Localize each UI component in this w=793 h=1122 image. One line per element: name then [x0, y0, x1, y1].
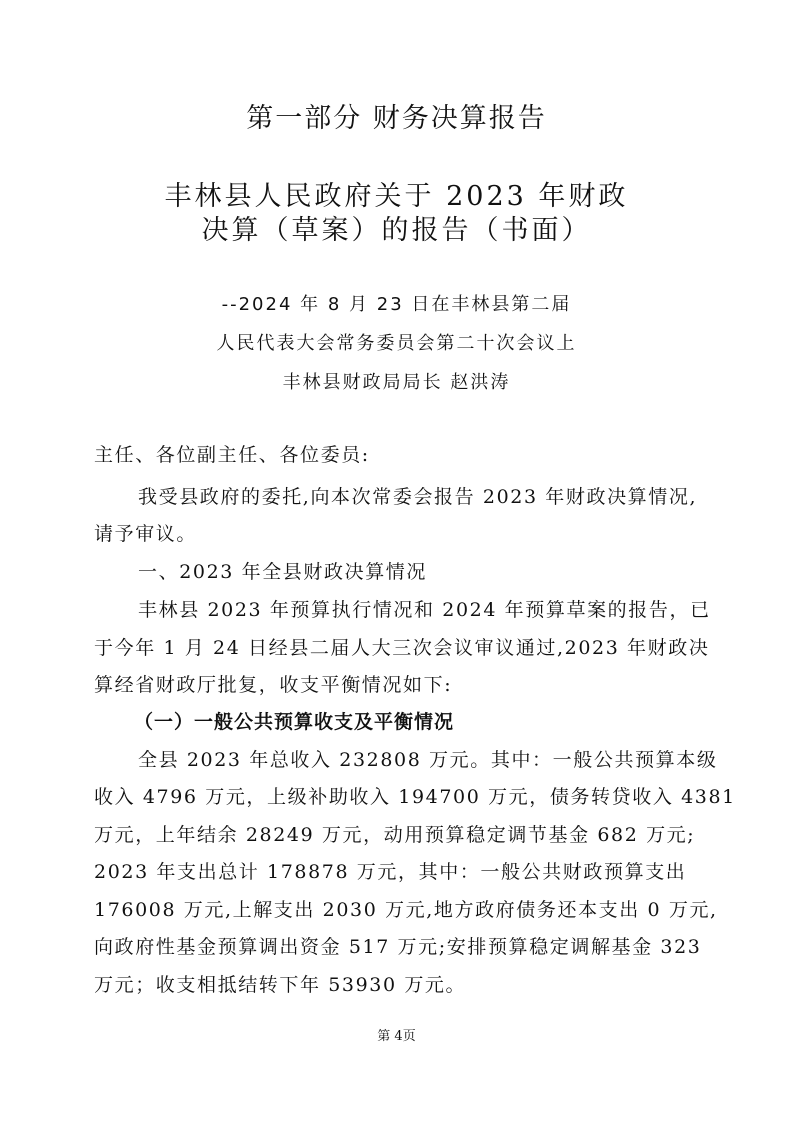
page-number: 第 4页	[0, 1025, 793, 1044]
body-paragraph-line: 收入 4796 万元，上级补助收入 194700 万元，债务转贷收入 4381	[94, 782, 704, 809]
body-paragraph-line: 2023 年支出总计 178878 万元，其中：一般公共财政预算支出	[94, 857, 704, 884]
body-paragraph-line: 丰林县 2023 年预算执行情况和 2024 年预算草案的报告，已	[138, 595, 748, 622]
body-paragraph-line: 万元，上年结余 28249 万元，动用预算稳定调节基金 682 万元;	[94, 820, 704, 847]
subtitle-meeting-line: 人民代表大会常务委员会第二十次会议上	[0, 329, 793, 355]
body-paragraph-line: 于今年 1 月 24 日经县二届人大三次会议审议通过,2023 年财政决	[94, 633, 704, 660]
subtitle-date-line: --2024 年 8 月 23 日在丰林县第二届	[0, 290, 793, 316]
part-title: 第一部分 财务决算报告	[0, 96, 793, 135]
subsection-heading: （一）一般公共预算收支及平衡情况	[134, 707, 744, 734]
body-paragraph-line: 算经省财政厅批复，收支平衡情况如下:	[94, 670, 704, 697]
body-paragraph-line: 176008 万元,上解支出 2030 万元,地方政府债务还本支出 0 万元,	[94, 895, 704, 922]
body-paragraph-line: 万元；收支相抵结转下年 53930 万元。	[94, 970, 704, 997]
body-paragraph-line: 请予审议。	[94, 519, 704, 546]
subtitle-speaker-line: 丰林县财政局局长 赵洪涛	[0, 368, 793, 394]
salutation: 主任、各位副主任、各位委员:	[94, 440, 704, 467]
section-heading: 一、2023 年全县财政决算情况	[138, 557, 748, 584]
body-paragraph-line: 全县 2023 年总收入 232808 万元。其中：一般公共预算本级	[138, 745, 748, 772]
document-page: 第一部分 财务决算报告 丰林县人民政府关于 2023 年财政 决算（草案）的报告…	[0, 0, 793, 1122]
body-paragraph-line: 向政府性基金预算调出资金 517 万元;安排预算稳定调解基金 323	[94, 932, 704, 959]
body-paragraph-line: 我受县政府的委托,向本次常委会报告 2023 年财政决算情况,	[138, 482, 748, 509]
report-title-line-2: 决算（草案）的报告（书面）	[0, 208, 793, 247]
